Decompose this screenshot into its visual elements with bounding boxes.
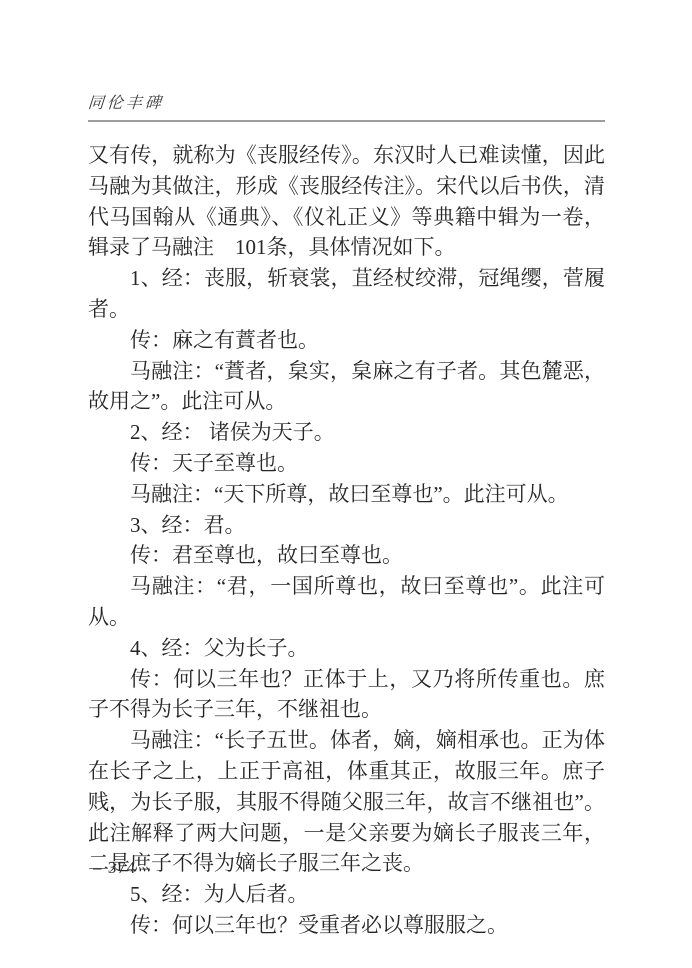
- paragraph: 传：何以三年也？正体于上，又乃将所传重也。庶子不得为长子三年，不继祖也。: [88, 664, 605, 726]
- paragraph: 传：君至尊也，故曰至尊也。: [88, 540, 605, 571]
- page-header: 同伦丰碑: [88, 90, 605, 122]
- paragraph: 传：何以三年也？受重者必以尊服服之。: [88, 910, 605, 941]
- paragraph: 马融注：“蕡者，枲实，枲麻之有子者。其色麓恶，故用之”。此注可从。: [88, 356, 605, 418]
- paragraph: 2、经： 诸侯为天子。: [88, 417, 605, 448]
- paragraph: 又有传，就称为《丧服经传》。东汉时人已难读懂，因此马融为其做注，形成《丧服经传注…: [88, 140, 605, 263]
- paragraph: 马融注：“君，一国所尊也，故曰至尊也”。此注可从。: [88, 571, 605, 633]
- paragraph: 传：天子至尊也。: [88, 448, 605, 479]
- paragraph: 传：麻之有蕡者也。: [88, 325, 605, 356]
- paragraph: 马融注：“天下所尊，故曰至尊也”。此注可从。: [88, 479, 605, 510]
- paragraph: 3、经：君。: [88, 510, 605, 541]
- paragraph: 4、经：父为长子。: [88, 633, 605, 664]
- page-number: – 374 –: [93, 858, 151, 878]
- paragraph: 1、经：丧服，斩衰裳，苴经杖绞滞，冠绳缨，菅履者。: [88, 263, 605, 325]
- running-header-title: 同伦丰碑: [87, 90, 165, 113]
- paragraph: 5、经：为人后者。: [88, 879, 605, 910]
- book-page: 同伦丰碑 又有传，就称为《丧服经传》。东汉时人已难读懂，因此马融为其做注，形成《…: [0, 0, 692, 968]
- paragraph: 马融注：“长子五世。体者，嫡，嫡相承也。正为体在长子之上，上正于高祖，体重其正，…: [88, 725, 605, 879]
- body-text: 又有传，就称为《丧服经传》。东汉时人已难读懂，因此马融为其做注，形成《丧服经传注…: [88, 140, 605, 941]
- header-rule: [88, 120, 605, 122]
